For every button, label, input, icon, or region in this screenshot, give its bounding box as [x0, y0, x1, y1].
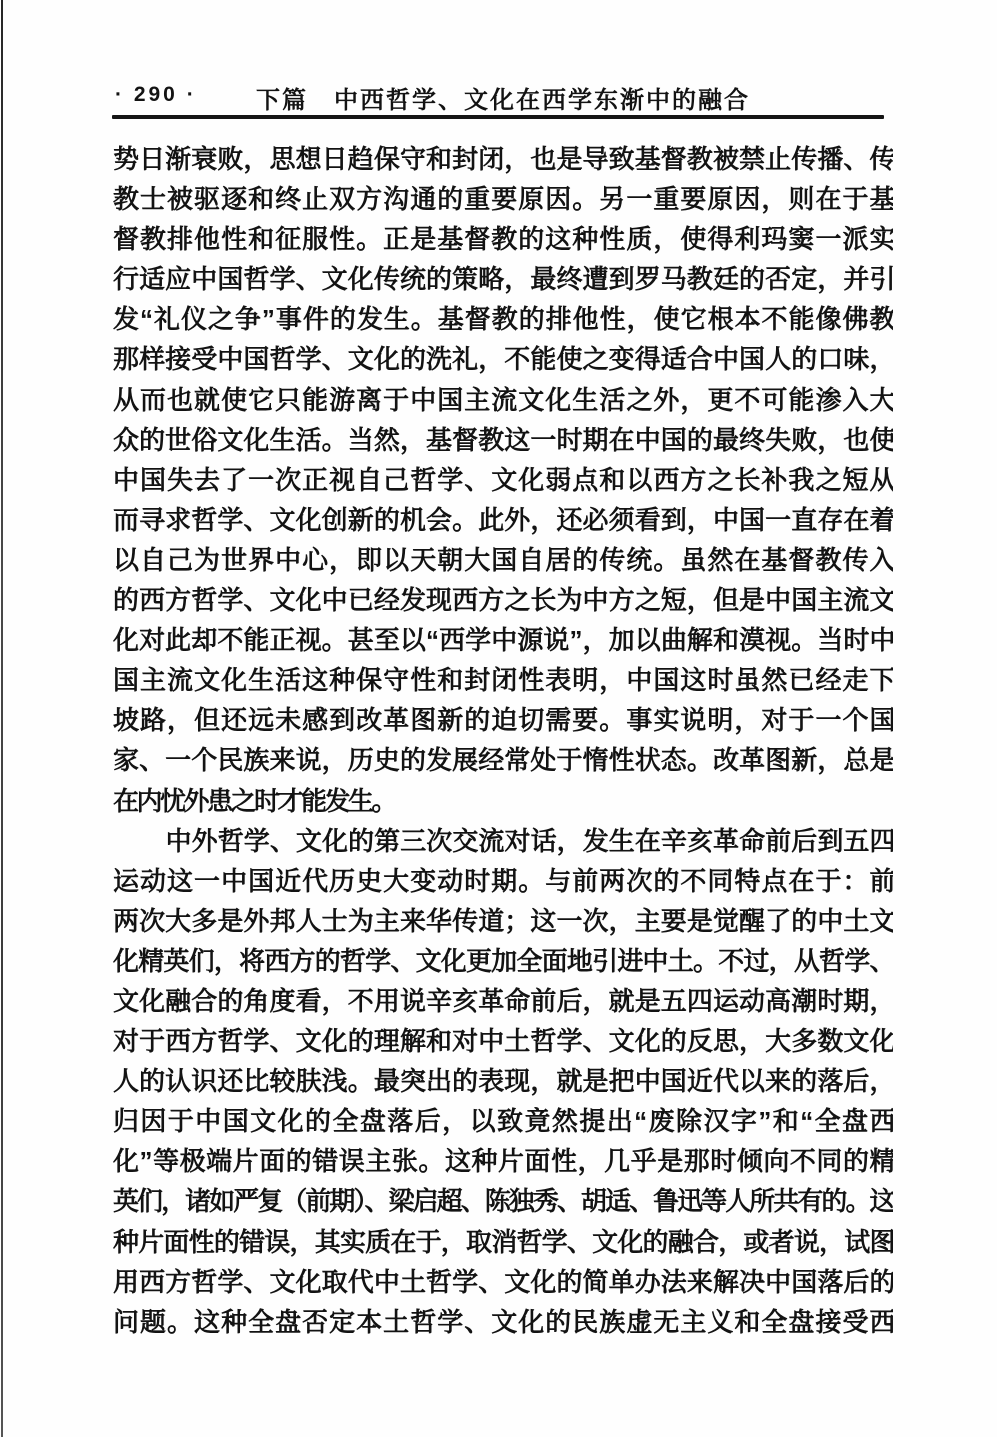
- text-line: 的西方哲学、文化中已经发现西方之长为中方之短，但是中国主流文: [113, 580, 893, 620]
- text-line: 中国失去了一次正视自己哲学、文化弱点和以西方之长补我之短从: [113, 460, 893, 500]
- text-line: 种片面性的错误，其实质在于，取消哲学、文化的融合，或者说，试图: [113, 1222, 893, 1262]
- text-line: 文化融合的角度看，不用说辛亥革命前后，就是五四运动高潮时期，: [113, 981, 893, 1021]
- text-line: 从而也就使它只能游离于中国主流文化生活之外，更不可能渗入大: [113, 380, 893, 420]
- book-page: · 290 · 下篇 中西哲学、文化在西学东渐中的融合 势日渐衰败，思想日趋保守…: [0, 0, 997, 1437]
- text-line: 势日渐衰败，思想日趋保守和封闭，也是导致基督教被禁止传播、传: [113, 139, 893, 179]
- text-line: 家、一个民族来说，历史的发展经常处于惰性状态。改革图新，总是: [113, 740, 893, 780]
- text-line: 众的世俗文化生活。当然，基督教这一时期在中国的最终失败，也使: [113, 420, 893, 460]
- text-line: 问题。这种全盘否定本土哲学、文化的民族虚无主义和全盘接受西: [113, 1302, 893, 1342]
- text-line: 教士被驱逐和终止双方沟通的重要原因。另一重要原因，则在于基: [113, 179, 893, 219]
- text-line: 督教排他性和征服性。正是基督教的这种性质，使得利玛窦一派实: [113, 219, 893, 259]
- page-number: · 290 ·: [115, 83, 197, 107]
- text-line: 那样接受中国哲学、文化的洗礼，不能使之变得适合中国人的口味，: [113, 339, 893, 379]
- text-line: 中外哲学、文化的第三次交流对话，发生在辛亥革命前后到五四: [113, 821, 893, 861]
- text-line: 化对此却不能正视。甚至以“西学中源说”，加以曲解和漠视。当时中: [113, 620, 893, 660]
- text-line: 对于西方哲学、文化的理解和对中土哲学、文化的反思，大多数文化: [113, 1021, 893, 1061]
- text-line: 人的认识还比较肤浅。最突出的表现，就是把中国近代以来的落后，: [113, 1061, 893, 1101]
- running-head-title: 下篇 中西哲学、文化在西学东渐中的融合: [256, 87, 750, 114]
- text-line: 在内忧外患之时才能发生。: [113, 781, 893, 821]
- text-line: 运动这一中国近代历史大变动时期。与前两次的不同特点在于：前: [113, 861, 893, 901]
- text-line: 化精英们，将西方的哲学、文化更加全面地引进中土。不过，从哲学、: [113, 941, 893, 981]
- scan-edge-artifact: [1, 0, 3, 1437]
- text-line: 归因于中国文化的全盘落后，以致竟然提出“废除汉字”和“全盘西: [113, 1101, 893, 1141]
- text-line: 以自己为世界中心，即以天朝大国自居的传统。虽然在基督教传入: [113, 540, 893, 580]
- text-line: 两次大多是外邦人士为主来华传道；这一次，主要是觉醒了的中土文: [113, 901, 893, 941]
- header-rule: [112, 115, 884, 119]
- text-line: 英们，诸如严复（前期）、梁启超、陈独秀、胡适、鲁迅等人所共有的。这: [113, 1181, 893, 1221]
- text-line: 坡路，但还远未感到改革图新的迫切需要。事实说明，对于一个国: [113, 700, 893, 740]
- text-line: 国主流文化生活这种保守性和封闭性表明，中国这时虽然已经走下: [113, 660, 893, 700]
- text-line: 发“礼仪之争”事件的发生。基督教的排他性，使它根本不能像佛教: [113, 299, 893, 339]
- paragraph: 势日渐衰败，思想日趋保守和封闭，也是导致基督教被禁止传播、传 教士被驱逐和终止双…: [113, 139, 893, 821]
- text-line: 而寻求哲学、文化创新的机会。此外，还必须看到，中国一直存在着: [113, 500, 893, 540]
- body-text: 势日渐衰败，思想日趋保守和封闭，也是导致基督教被禁止传播、传 教士被驱逐和终止双…: [113, 139, 893, 1342]
- paragraph: 中外哲学、文化的第三次交流对话，发生在辛亥革命前后到五四 运动这一中国近代历史大…: [113, 821, 893, 1342]
- text-line: 用西方哲学、文化取代中土哲学、文化的简单办法来解决中国落后的: [113, 1262, 893, 1302]
- page-header: · 290 · 下篇 中西哲学、文化在西学东渐中的融合: [113, 80, 893, 110]
- text-line: 行适应中国哲学、文化传统的策略，最终遭到罗马教廷的否定，并引: [113, 259, 893, 299]
- text-line: 化”等极端片面的错误主张。这种片面性，几乎是那时倾向不同的精: [113, 1141, 893, 1181]
